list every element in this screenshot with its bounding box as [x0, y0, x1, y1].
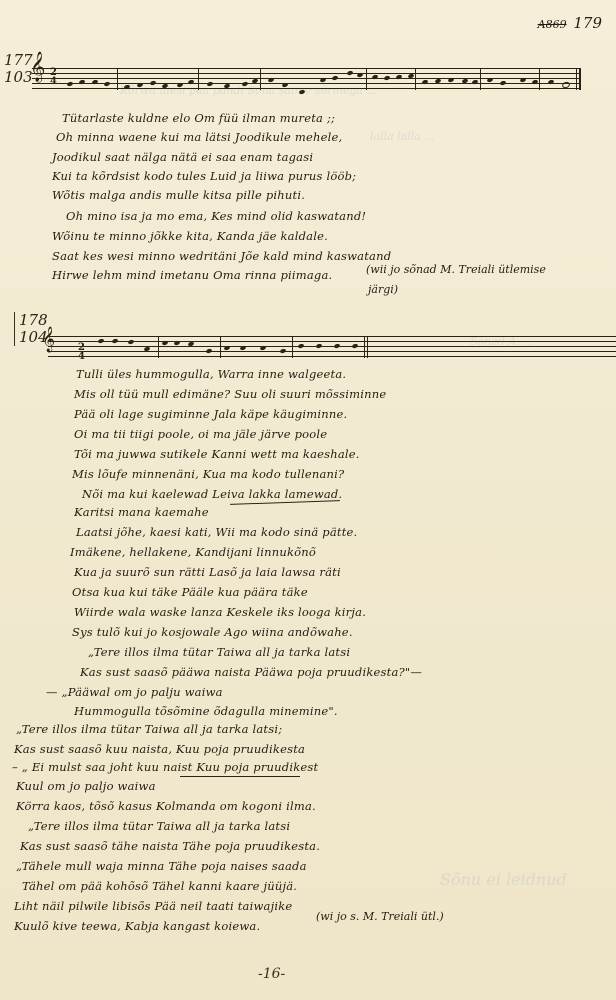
song-number-top: 177 [4, 52, 33, 69]
music-staff [32, 68, 580, 90]
page-number: -16- [258, 966, 285, 982]
lyric-line: Kuul om jo paljo waiwa [16, 779, 156, 793]
lyric-line: Saat kes wesi minno wedritäni Jõe kald m… [52, 249, 391, 263]
lyric-line: Oh mino isa ja mo ema, Kes mind olid kas… [66, 209, 366, 223]
lyric-line: Otsa kua kui täke Pääle kua päära täke [72, 585, 308, 599]
lyric-line: Wõtis malga andis mulle kitsa pille pihu… [52, 188, 305, 202]
music-staff [48, 336, 616, 358]
underline-stroke [180, 776, 300, 777]
lyric-line: Wõinu te minno jõkke kita, Kanda jäe kal… [52, 229, 328, 243]
lyric-line: Kua ja suurõ sun rätti Lasõ ja laia laws… [74, 565, 341, 579]
archive-number: A869 179 [538, 14, 602, 32]
lyric-line: – „ Ei mulst saa joht kuu naist Kuu poja… [12, 760, 318, 774]
lyric-line: Sys tulõ kui jo kosjowale Ago wiina andõ… [72, 625, 353, 639]
lyric-line: Pää oli lage sugiminne Jala käpe käugimi… [74, 407, 347, 421]
lyric-line: Wiirde wala waske lanza Keskele iks loog… [74, 605, 366, 619]
song-number-bottom: 103 [4, 69, 33, 86]
lyric-line: Tulli üles hummogulla, Warra inne walgee… [76, 367, 346, 381]
lyric-line: Oi ma tii tiigi poole, oi ma jäle järve … [74, 427, 327, 441]
lyric-line: Liht näil pilwile libisõs Pää neil taati… [14, 899, 292, 913]
lyric-line: Kui ta kõrdsist kodo tules Luid ja liiwa… [52, 169, 356, 183]
lyric-line: Kas sust saasõ kuu naista, Kuu poja pruu… [14, 742, 305, 756]
lyric-line: Mis oll tüü mull edimäne? Suu oli suuri … [74, 387, 386, 401]
lyric-line: „Tere illos ilma tütar Taiwa all ja tark… [16, 722, 282, 736]
song-number: 177 103 [4, 52, 33, 86]
lyric-line: Mis lõufe minnenäni, Kua ma kodo tullena… [72, 467, 344, 481]
archive-number-current: 179 [573, 14, 602, 32]
lyric-line: „Tere illos ilma tütar Taiwa all ja tark… [28, 819, 290, 833]
lyric-line: Joodikul saat nälga nätä ei saa enam tag… [52, 150, 313, 164]
source-note: (wi jo s. M. Treiali ütl.) [316, 910, 444, 923]
lyric-line: Tähel om pää kohõsõ Tähel kanni kaare jü… [22, 879, 297, 893]
lyric-line: „Tere illos ilma tütar Taiwa all ja tark… [88, 645, 350, 659]
archive-number-struck: A869 [538, 18, 567, 31]
lyric-line: Hirwe lehm mind imetanu Oma rinna piimag… [52, 268, 332, 282]
lyric-line: Kas sust saasõ pääwa naista Pääwa poja p… [80, 665, 422, 679]
source-note: (wii jo sõnad M. Treiali ütlemise [366, 263, 546, 276]
lyric-line: Tõi ma juwwa sutikele Kanni wett ma kaes… [74, 447, 360, 461]
lyric-line: Nõi ma kui kaelewad Leiva lakka lamewad. [82, 487, 342, 501]
bleed-through-text: lalla lalla ... [370, 130, 435, 143]
lyric-line: Hummogulla tõsõmine õdagulla minemine". [74, 704, 338, 718]
lyric-line: Imäkene, hellakene, Kandijani linnukõnõ [70, 545, 316, 559]
lyric-line: Tütarlaste kuldne elo Om füü ilman muret… [62, 111, 335, 125]
lyric-line: Laatsi jõhe, kaesi kati, Wii ma kodo sin… [76, 525, 357, 539]
lyric-line: Kuulõ kive teewa, Kabja kangast koiewa. [14, 919, 260, 933]
lyric-line: Körra kaos, tõsõ kasus Kolmanda om kogon… [16, 799, 316, 813]
bleed-through-text: Sõnu ei leidnud [440, 870, 567, 889]
source-note-cont: järgi) [368, 283, 398, 296]
lyric-line: Kas sust saasõ tähe naista Tähe poja pru… [20, 839, 320, 853]
lyric-line: „Tähele mull waja minna Tähe poja naises… [16, 859, 307, 873]
manuscript-page: Kõrwa ülesi pää pandi Sõna saime sõrmega… [0, 0, 616, 1000]
lyric-line: Oh minna waene kui ma lätsi Joodikule me… [56, 130, 342, 144]
lyric-line: — „Pääwal om jo palju waiwa [46, 685, 223, 699]
lyric-line: Karitsi mana kaemahe [74, 505, 209, 519]
